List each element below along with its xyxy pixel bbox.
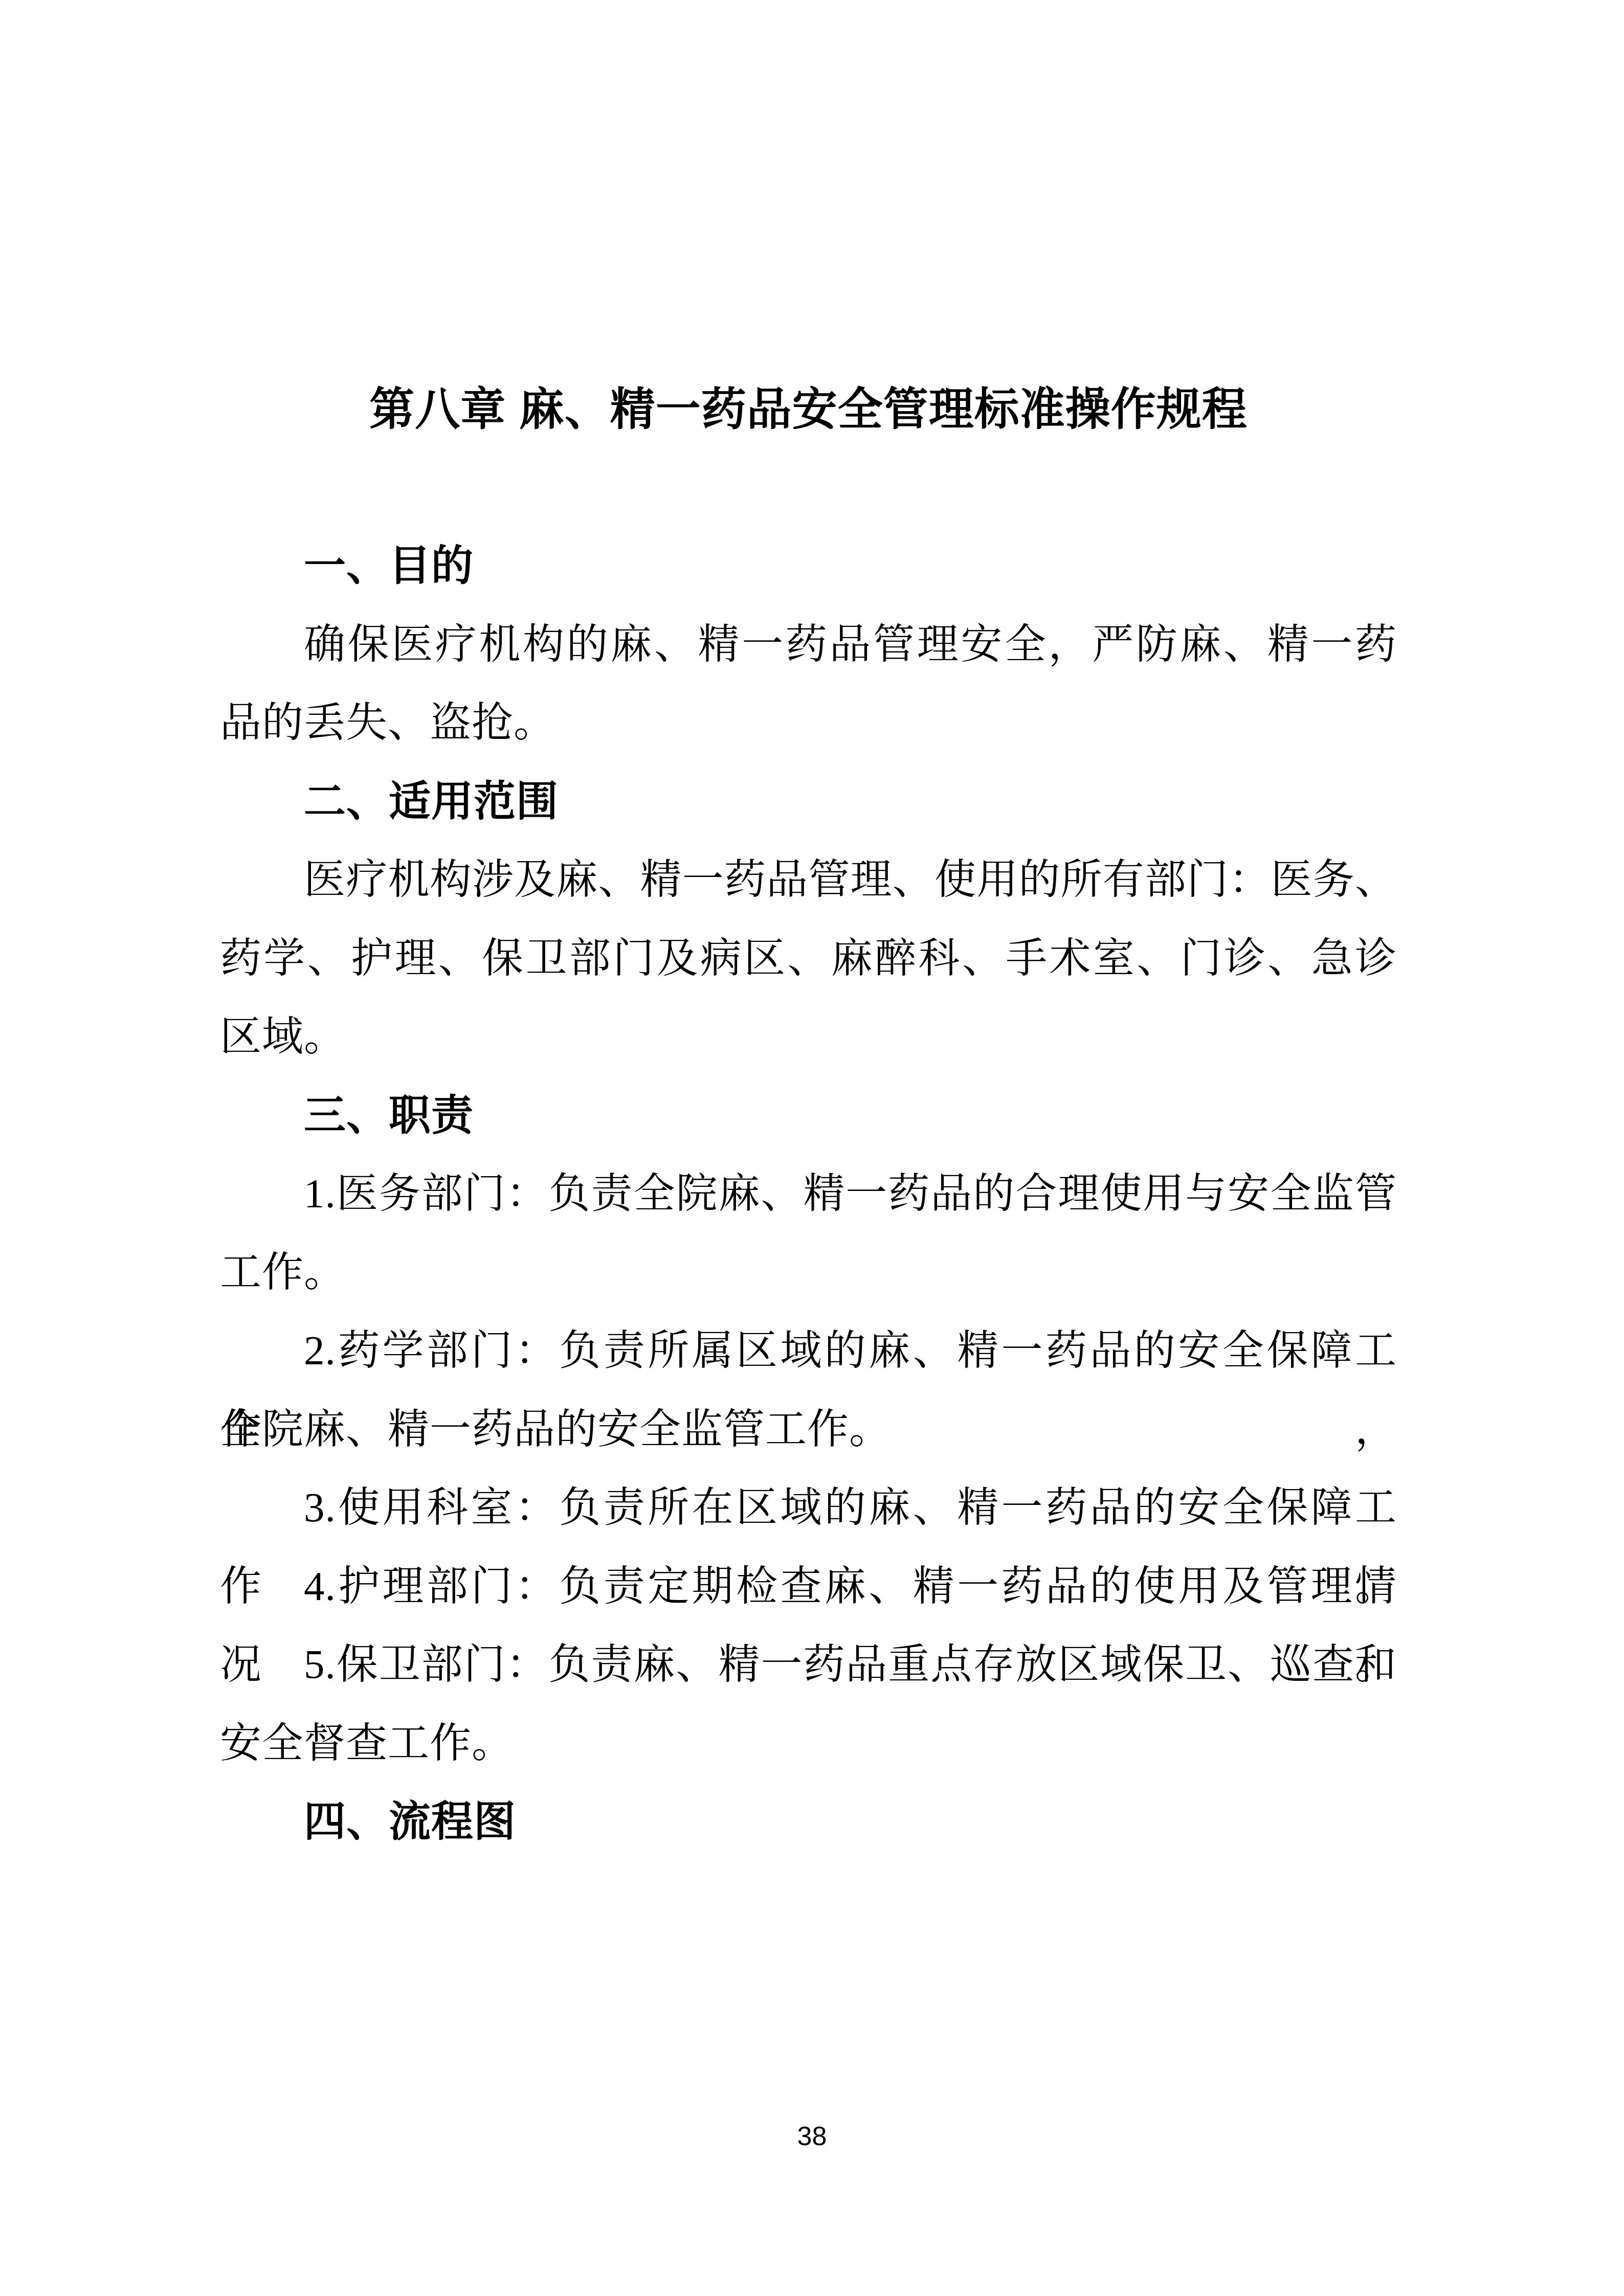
heading-responsibilities: 三、职责 <box>220 1076 1397 1155</box>
resp-item-5-line-1: 5.保卫部门：负责麻、精一药品重点存放区域保卫、巡查和 <box>220 1626 1397 1704</box>
document-page: 第八章 麻、精一药品安全管理标准操作规程 一、目的 确保医疗机构的麻、精一药品管… <box>0 0 1624 2296</box>
resp-item-2-line-1: 2.药学部门：负责所属区域的麻、精一药品的安全保障工作， <box>220 1312 1397 1390</box>
resp-item-5-line-2: 安全督查工作。 <box>220 1704 1397 1783</box>
resp-item-1-line-1: 1.医务部门：负责全院麻、精一药品的合理使用与安全监管 <box>220 1155 1397 1233</box>
para-scope-line-3: 区域。 <box>220 998 1397 1076</box>
para-scope-line-1: 医疗机构涉及麻、精一药品管理、使用的所有部门：医务、 <box>220 841 1397 919</box>
page-number: 38 <box>0 2121 1624 2152</box>
resp-item-3: 3.使用科室：负责所在区域的麻、精一药品的安全保障工作。 <box>220 1469 1397 1547</box>
para-purpose-line-2: 品的丢失、盗抢。 <box>220 684 1397 762</box>
para-purpose-line-1: 确保医疗机构的麻、精一药品管理安全，严防麻、精一药 <box>220 605 1397 684</box>
resp-item-1-line-2: 工作。 <box>220 1233 1397 1312</box>
para-scope-line-2: 药学、护理、保卫部门及病区、麻醉科、手术室、门诊、急诊 <box>220 919 1397 998</box>
resp-item-4: 4.护理部门：负责定期检查麻、精一药品的使用及管理情况。 <box>220 1547 1397 1626</box>
chapter-title: 第八章 麻、精一药品安全管理标准操作规程 <box>220 370 1397 448</box>
heading-purpose: 一、目的 <box>220 527 1397 605</box>
text-block: 第八章 麻、精一药品安全管理标准操作规程 一、目的 确保医疗机构的麻、精一药品管… <box>220 370 1397 1861</box>
blank-line <box>220 448 1397 527</box>
heading-scope: 二、适用范围 <box>220 762 1397 841</box>
heading-flowchart: 四、流程图 <box>220 1783 1397 1861</box>
